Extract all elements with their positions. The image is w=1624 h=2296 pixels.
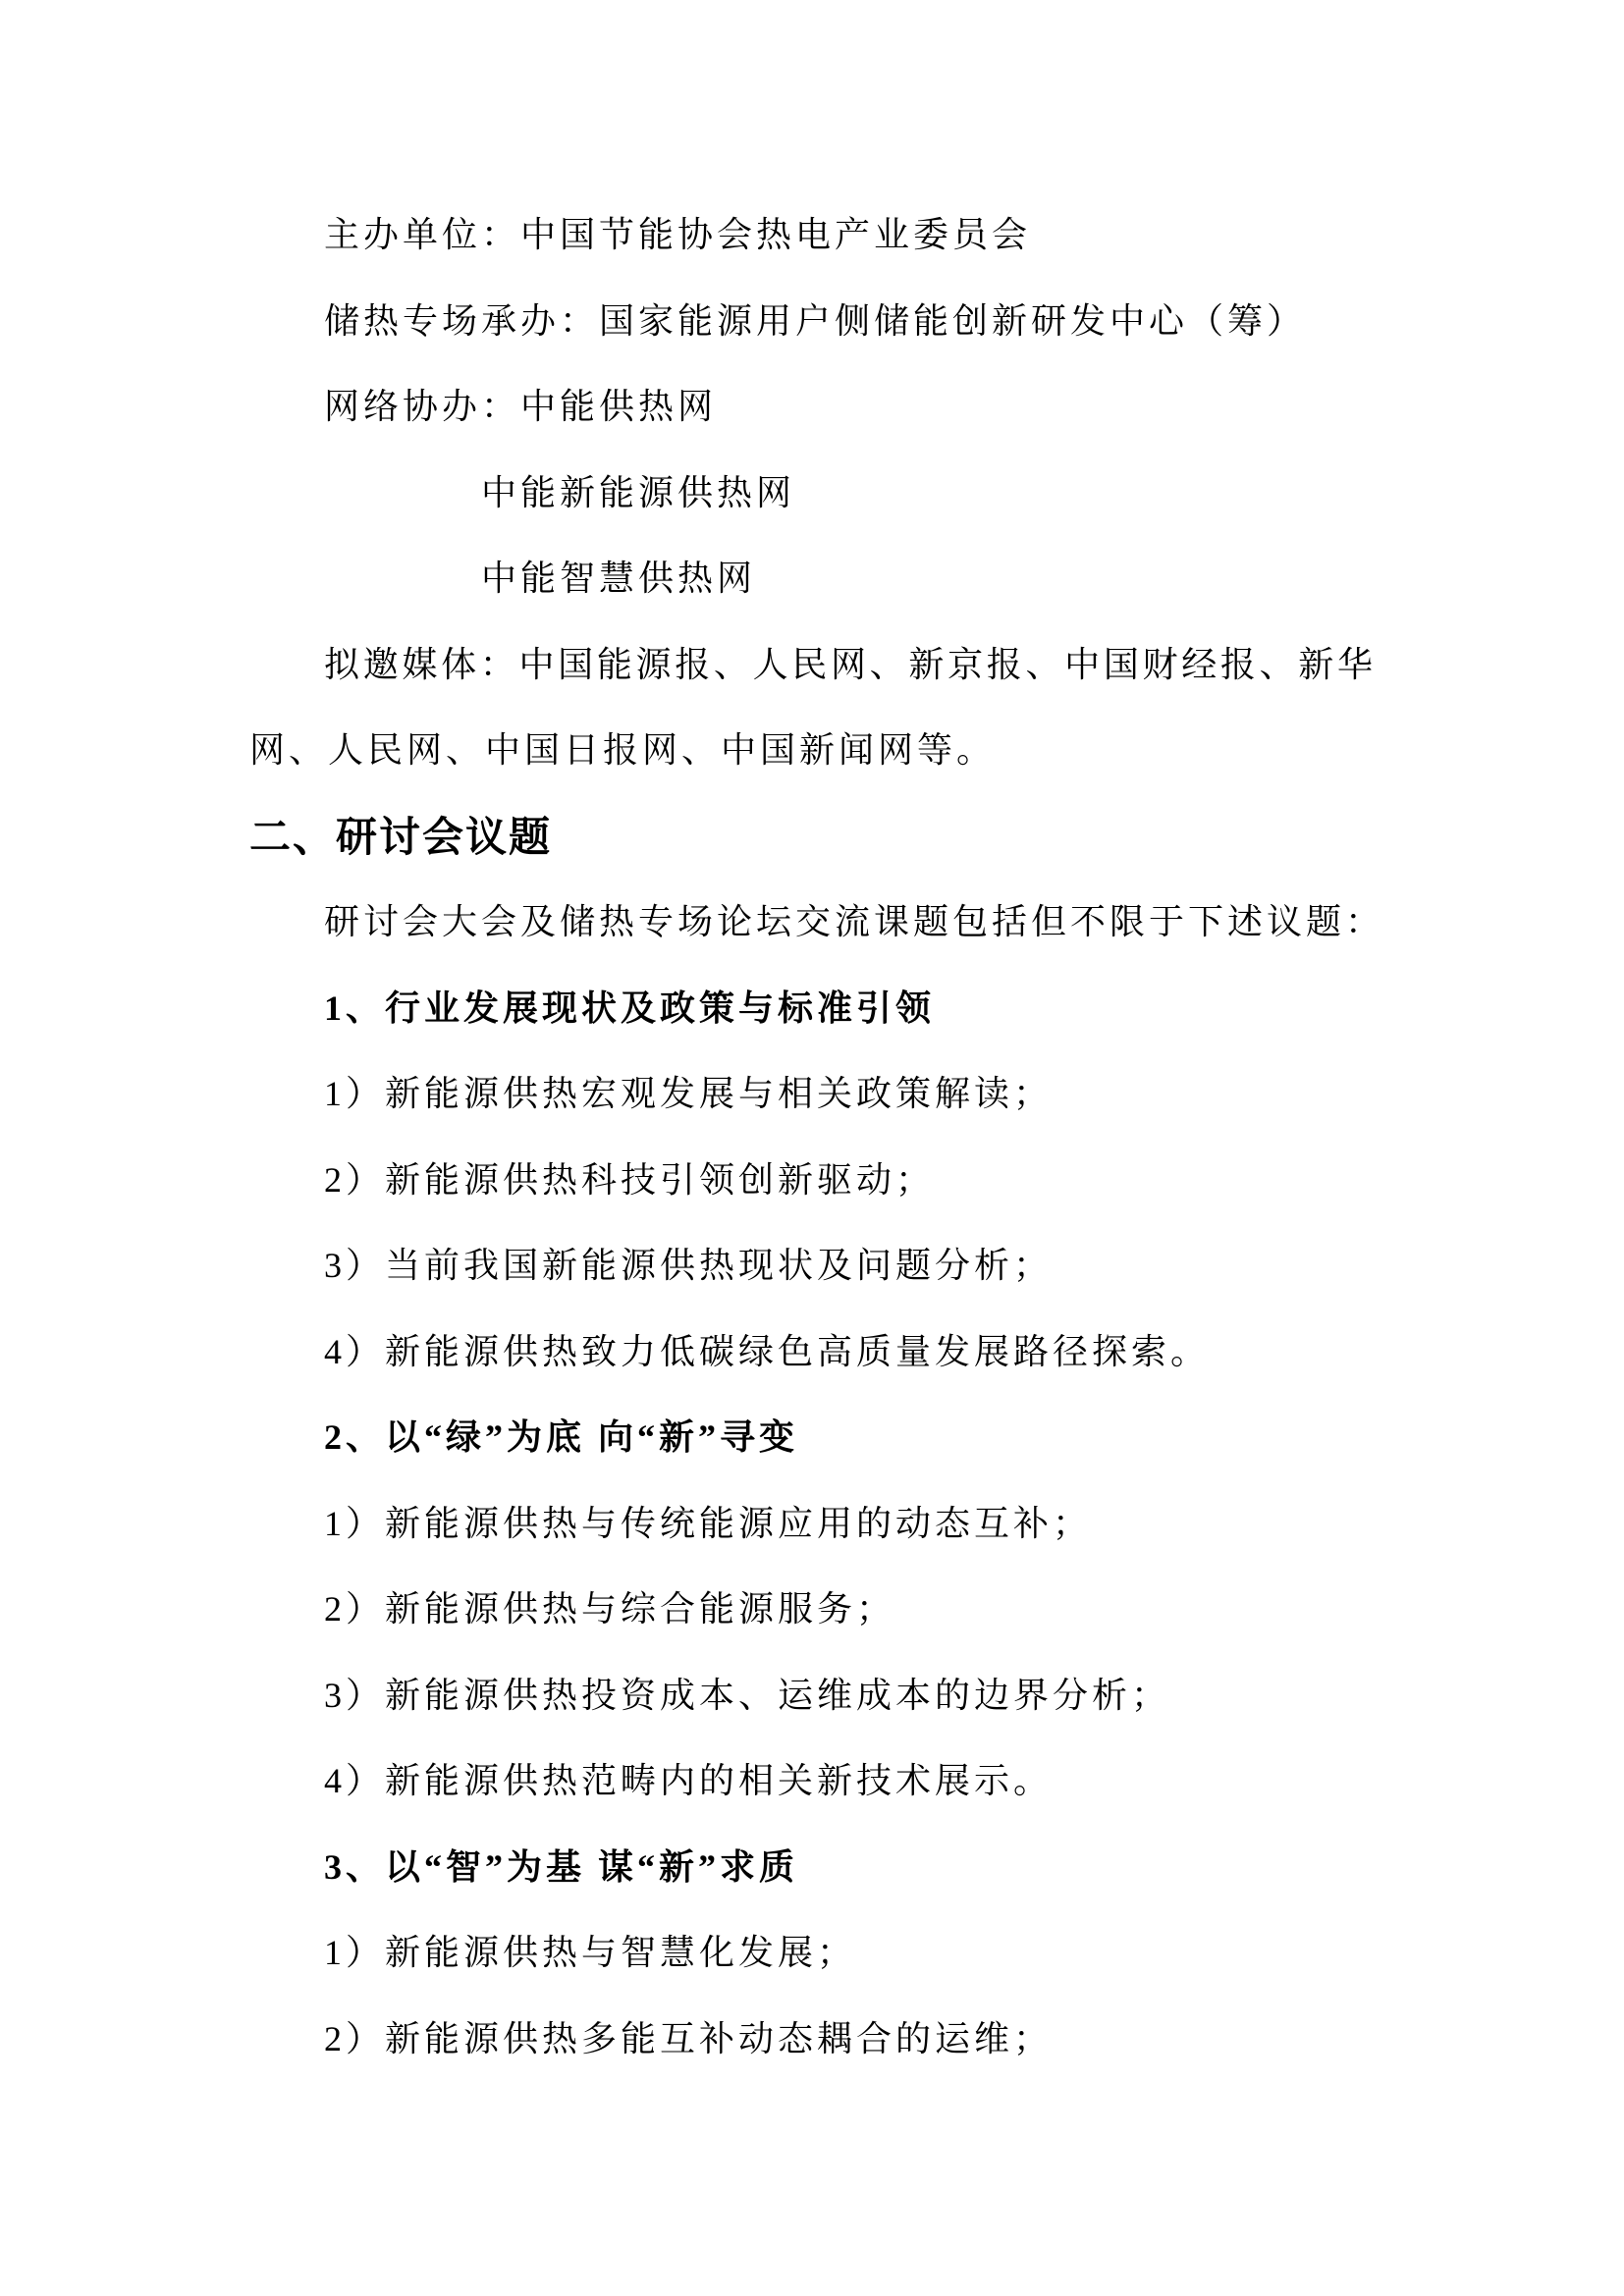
- document-body: 主办单位：中国节能协会热电产业委员会 储热专场承办：国家能源用户侧储能创新研发中…: [249, 192, 1375, 2082]
- network-support-line-3: 中能智慧供热网: [249, 536, 1375, 622]
- invited-media-line-2: 网、人民网、中国日报网、中国新闻网等。: [249, 708, 1375, 794]
- host-organizer-line: 主办单位：中国节能协会热电产业委员会: [249, 192, 1375, 279]
- topic-group-2-item-2: 2）新能源供热与综合能源服务；: [249, 1567, 1375, 1653]
- topic-group-2-item-1: 1）新能源供热与传统能源应用的动态互补；: [249, 1481, 1375, 1568]
- topic-group-1-item-4: 4）新能源供热致力低碳绿色高质量发展路径探索。: [249, 1309, 1375, 1396]
- topic-group-2-item-3: 3）新能源供热投资成本、运维成本的边界分析；: [249, 1653, 1375, 1739]
- topic-group-1-item-1: 1）新能源供热宏观发展与相关政策解读；: [249, 1051, 1375, 1138]
- topic-group-2-item-4: 4）新能源供热范畴内的相关新技术展示。: [249, 1738, 1375, 1825]
- invited-media-line-1: 拟邀媒体：中国能源报、人民网、新京报、中国财经报、新华: [249, 622, 1375, 709]
- topics-intro-line: 研讨会大会及储热专场论坛交流课题包括但不限于下述议题：: [249, 880, 1375, 966]
- network-support-line: 网络协办：中能供热网: [249, 364, 1375, 451]
- topic-group-3-heading: 3、以“智”为基 谋“新”求质: [249, 1825, 1375, 1911]
- network-support-line-2: 中能新能源供热网: [249, 451, 1375, 537]
- topic-group-1-item-3: 3）当前我国新能源供热现状及问题分析；: [249, 1223, 1375, 1309]
- topic-group-3-item-1: 1）新能源供热与智慧化发展；: [249, 1910, 1375, 1997]
- topic-group-2-heading: 2、以“绿”为底 向“新”寻变: [249, 1395, 1375, 1481]
- storage-session-organizer-line: 储热专场承办：国家能源用户侧储能创新研发中心（筹）: [249, 279, 1375, 365]
- document-page: 主办单位：中国节能协会热电产业委员会 储热专场承办：国家能源用户侧储能创新研发中…: [0, 0, 1624, 2296]
- topic-group-1-heading: 1、行业发展现状及政策与标准引领: [249, 966, 1375, 1052]
- topic-group-1-item-2: 2）新能源供热科技引领创新驱动；: [249, 1138, 1375, 1224]
- section-heading-topics: 二、研讨会议题: [249, 794, 1375, 881]
- topic-group-3-item-2: 2）新能源供热多能互补动态耦合的运维；: [249, 1997, 1375, 2083]
